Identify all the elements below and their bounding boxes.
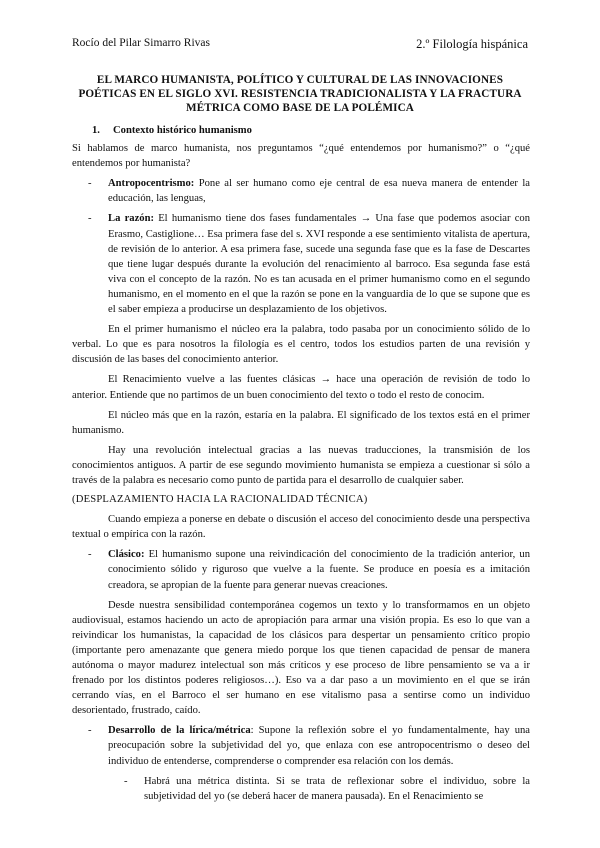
bullet-text: El humanismo supone una reivindicación d… [108,549,530,590]
dash-bullet-icon: - [88,723,92,738]
caps-subheading: (DESPLAZAMIENTO HACIA LA RACIONALIDAD TÉ… [72,492,530,507]
bullet-term: La razón: [108,213,154,224]
paragraph: En el primer humanismo el núcleo era la … [72,322,530,367]
intro-paragraph: Si hablamos de marco humanista, nos preg… [72,141,530,171]
title-line-2: POÉTICAS EN EL SIGLO XVI. RESISTENCIA TR… [72,87,528,101]
paragraph: El núcleo más que en la razón, estaría e… [72,408,530,438]
bullet-clasico: - Clásico: El humanismo supone una reivi… [72,547,530,592]
bullet-term: Desarrollo de la lírica/métrica [108,725,251,736]
document-body: 1. Contexto histórico humanismo Si habla… [72,123,530,804]
bullet-antropocentrismo: - Antropocentrismo: Pone al ser humano c… [72,176,530,206]
bullet-term: Antropocentrismo: [108,178,194,189]
paragraph: Hay una revolución intelectual gracias a… [72,443,530,488]
title-line-1: EL MARCO HUMANISTA, POLÍTICO Y CULTURAL … [72,73,528,87]
section-number: 1. [92,123,113,138]
dash-bullet-icon: - [88,211,92,226]
bullet-lirica-metrica: - Desarrollo de la lírica/métrica: Supon… [72,723,530,768]
page-header: Rocío del Pilar Simarro Rivas 2.º Filolo… [72,37,528,53]
dash-bullet-icon: - [124,774,128,789]
section-heading: 1. Contexto histórico humanismo [92,123,530,138]
bullet-text: El humanismo tiene dos fases fundamental… [108,213,530,315]
title-line-3: MÉTRICA COMO BASE DE LA POLÉMICA [72,101,528,115]
paragraph: Cuando empieza a ponerse en debate o dis… [72,512,530,542]
document-page: Rocío del Pilar Simarro Rivas 2.º Filolo… [0,0,600,848]
sub-bullet-metrica: - Habrá una métrica distinta. Si se trat… [72,774,530,804]
dash-bullet-icon: - [88,547,92,562]
course-label: 2.º Filología hispánica [416,37,528,53]
bullet-term: Clásico: [108,549,144,560]
section-title: Contexto histórico humanismo [113,123,252,138]
document-title: EL MARCO HUMANISTA, POLÍTICO Y CULTURAL … [72,73,528,115]
bullet-text: Habrá una métrica distinta. Si se trata … [144,776,530,802]
author-name: Rocío del Pilar Simarro Rivas [72,37,210,53]
dash-bullet-icon: - [88,176,92,191]
paragraph: Desde nuestra sensibilidad contemporánea… [72,598,530,719]
bullet-razon: - La razón: El humanismo tiene dos fases… [72,211,530,317]
paragraph: El Renacimiento vuelve a las fuentes clá… [72,372,530,402]
